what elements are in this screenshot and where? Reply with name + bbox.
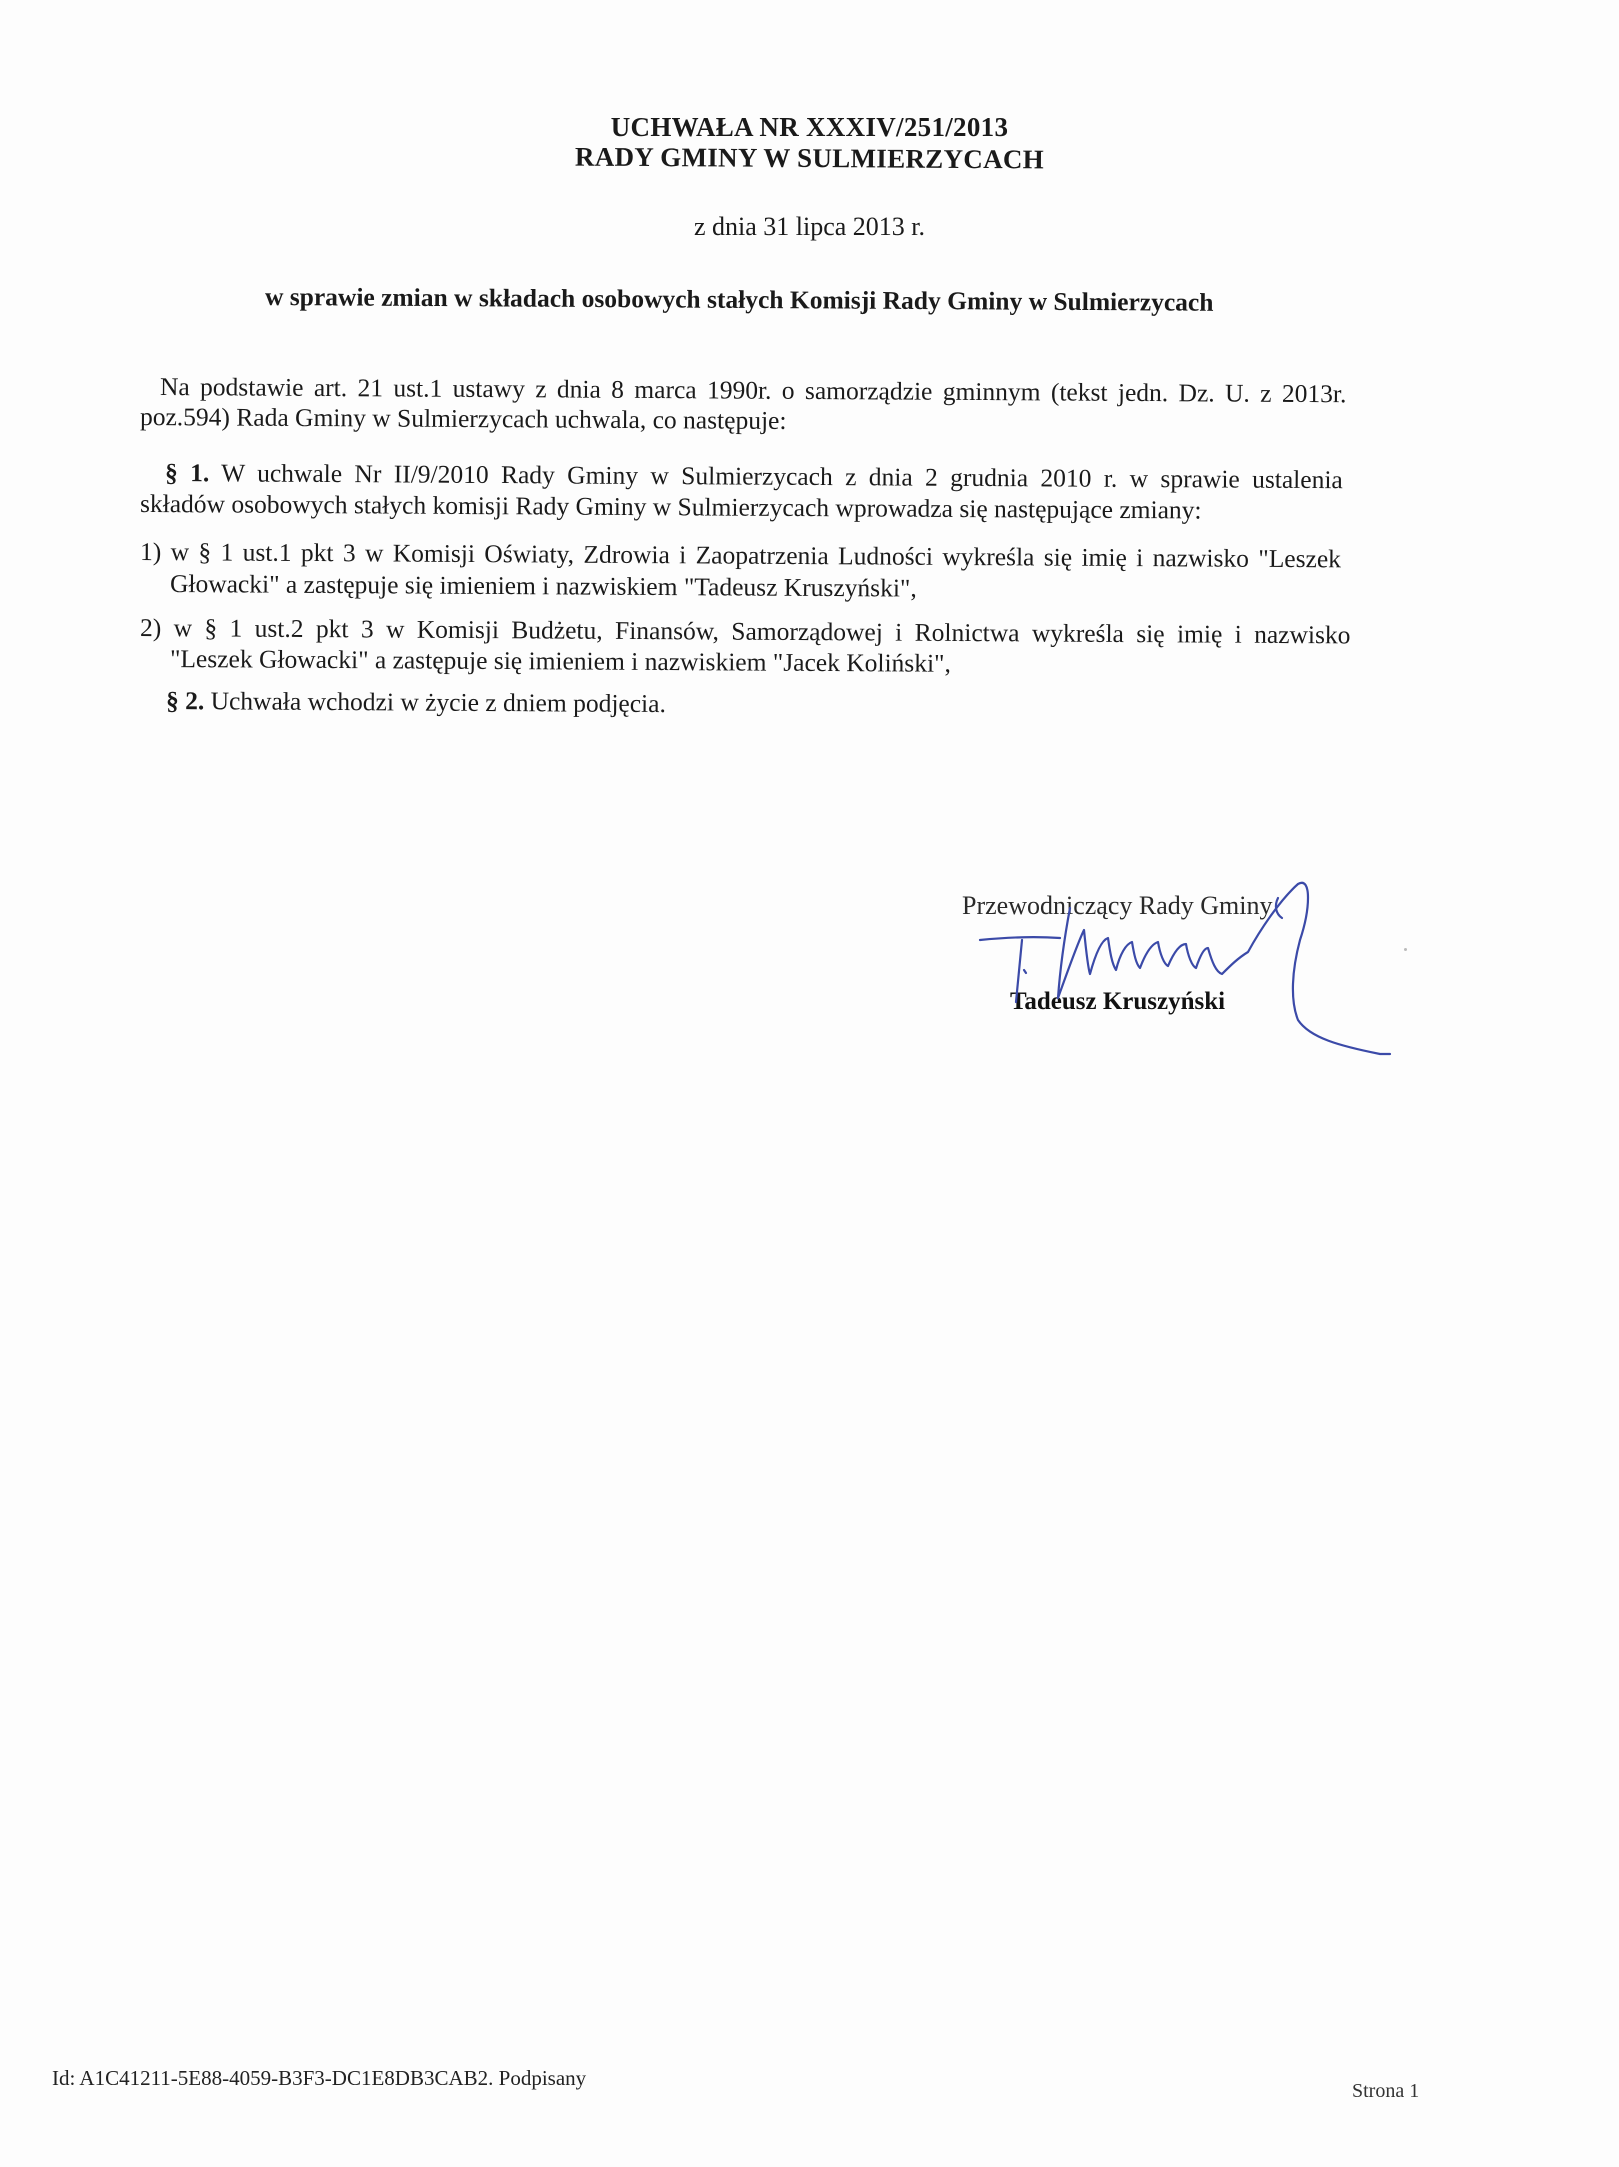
council-name: RADY GMINY W SULMIERZYCACH bbox=[0, 138, 1619, 179]
section-2: § 2. Uchwała wchodzi w życie z dniem pod… bbox=[166, 686, 666, 719]
section-2-label: § 2. bbox=[166, 686, 204, 715]
resolution-date: z dnia 31 lipca 2013 r. bbox=[0, 212, 1619, 242]
handwritten-signature-icon bbox=[960, 870, 1420, 1060]
legal-basis-line-2: poz.594) Rada Gminy w Sulmierzycach uchw… bbox=[140, 402, 787, 436]
resolution-number: UCHWAŁA NR XXXIV/251/2013 bbox=[0, 112, 1619, 143]
amendment-item-1-line-1: 1) w § 1 ust.1 pkt 3 w Komisji Oświaty, … bbox=[140, 537, 1341, 574]
document-page: UCHWAŁA NR XXXIV/251/2013 RADY GMINY W S… bbox=[0, 0, 1619, 2167]
section-2-text: Uchwała wchodzi w życie z dniem podjęcia… bbox=[204, 686, 666, 718]
section-1-label: § 1. bbox=[165, 458, 209, 487]
section-1-text: W uchwale Nr II/9/2010 Rady Gminy w Sulm… bbox=[209, 458, 1343, 494]
page-number: Strona 1 bbox=[1352, 2080, 1419, 2103]
scan-artifact bbox=[1404, 948, 1407, 951]
resolution-subject: w sprawie zmian w składach osobowych sta… bbox=[265, 282, 1214, 318]
amendment-item-2-line-2: "Leszek Głowacki" a zastępuje się imieni… bbox=[170, 644, 951, 679]
amendment-item-1-line-2: Głowacki" a zastępuje się imieniem i naz… bbox=[170, 569, 917, 604]
section-1-line-2: składów osobowych stałych komisji Rady G… bbox=[140, 489, 1202, 525]
document-id-footer: Id: A1C41211-5E88-4059-B3F3-DC1E8DB3CAB2… bbox=[52, 2066, 586, 2091]
